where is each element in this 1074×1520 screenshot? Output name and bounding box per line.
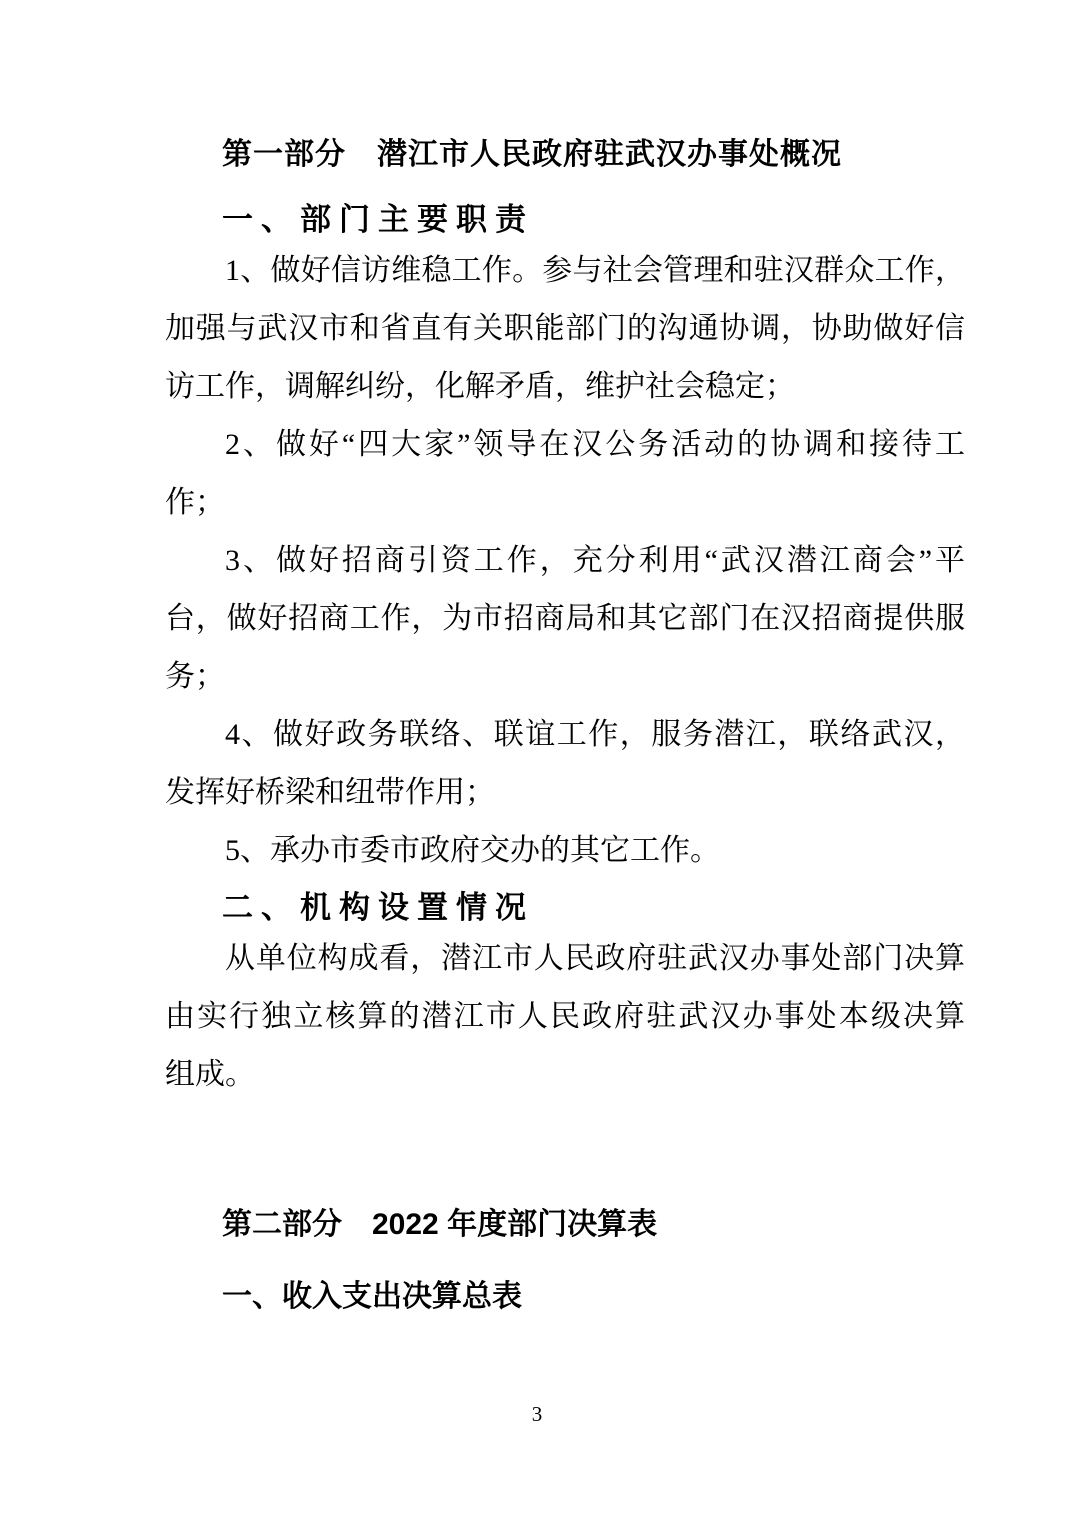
paragraph-4: 4、做好政务联络、联谊工作，服务潜江，联络武汉， 发挥好桥梁和纽带作用； [165, 706, 965, 822]
text-line: 从单位构成看，潜江市人民政府驻武汉办事处部门决算 [165, 930, 965, 988]
part2-section1-heading: 一、收入支出决算总表 [165, 1275, 965, 1319]
page-number: 3 [0, 1400, 1074, 1428]
part1-section2-heading: 二、机构设置情况 [165, 886, 965, 930]
document-page: 第一部分 潜江市人民政府驻武汉办事处概况 一、部门主要职责 1、做好信访维稳工作… [0, 0, 1074, 1520]
text-line: 由实行独立核算的潜江市人民政府驻武汉办事处本级决算 [165, 988, 965, 1046]
part1-section1-body: 1、做好信访维稳工作。参与社会管理和驻汉群众工作， 加强与武汉市和省直有关职能部… [165, 242, 965, 880]
text-line: 组成。 [165, 1046, 965, 1104]
part2-title: 第二部分 2022 年度部门决算表 [165, 1204, 965, 1246]
text-line: 2、做好“四大家”领导在汉公务活动的协调和接待工 [165, 416, 965, 474]
paragraph-6: 从单位构成看，潜江市人民政府驻武汉办事处部门决算 由实行独立核算的潜江市人民政府… [165, 930, 965, 1104]
paragraph-2: 2、做好“四大家”领导在汉公务活动的协调和接待工 作； [165, 416, 965, 532]
paragraph-1: 1、做好信访维稳工作。参与社会管理和驻汉群众工作， 加强与武汉市和省直有关职能部… [165, 242, 965, 416]
text-line: 5、承办市委市政府交办的其它工作。 [165, 822, 965, 880]
paragraph-3: 3、做好招商引资工作，充分利用“武汉潜江商会”平 台，做好招商工作，为市招商局和… [165, 532, 965, 706]
text-line: 4、做好政务联络、联谊工作，服务潜江，联络武汉， [165, 706, 965, 764]
text-line: 发挥好桥梁和纽带作用； [165, 764, 965, 822]
paragraph-5: 5、承办市委市政府交办的其它工作。 [165, 822, 965, 880]
text-line: 1、做好信访维稳工作。参与社会管理和驻汉群众工作， [165, 242, 965, 300]
text-line: 作； [165, 474, 965, 532]
text-line: 访工作，调解纠纷，化解矛盾，维护社会稳定； [165, 358, 965, 416]
text-line: 加强与武汉市和省直有关职能部门的沟通协调，协助做好信 [165, 300, 965, 358]
part1-title: 第一部分 潜江市人民政府驻武汉办事处概况 [165, 134, 965, 176]
document-content: 第一部分 潜江市人民政府驻武汉办事处概况 一、部门主要职责 1、做好信访维稳工作… [165, 134, 965, 1319]
part1-section1-heading: 一、部门主要职责 [165, 198, 965, 242]
text-line: 台，做好招商工作，为市招商局和其它部门在汉招商提供服 [165, 590, 965, 648]
text-line: 3、做好招商引资工作，充分利用“武汉潜江商会”平 [165, 532, 965, 590]
text-line: 务； [165, 648, 965, 706]
part1-section2-body: 从单位构成看，潜江市人民政府驻武汉办事处部门决算 由实行独立核算的潜江市人民政府… [165, 930, 965, 1104]
